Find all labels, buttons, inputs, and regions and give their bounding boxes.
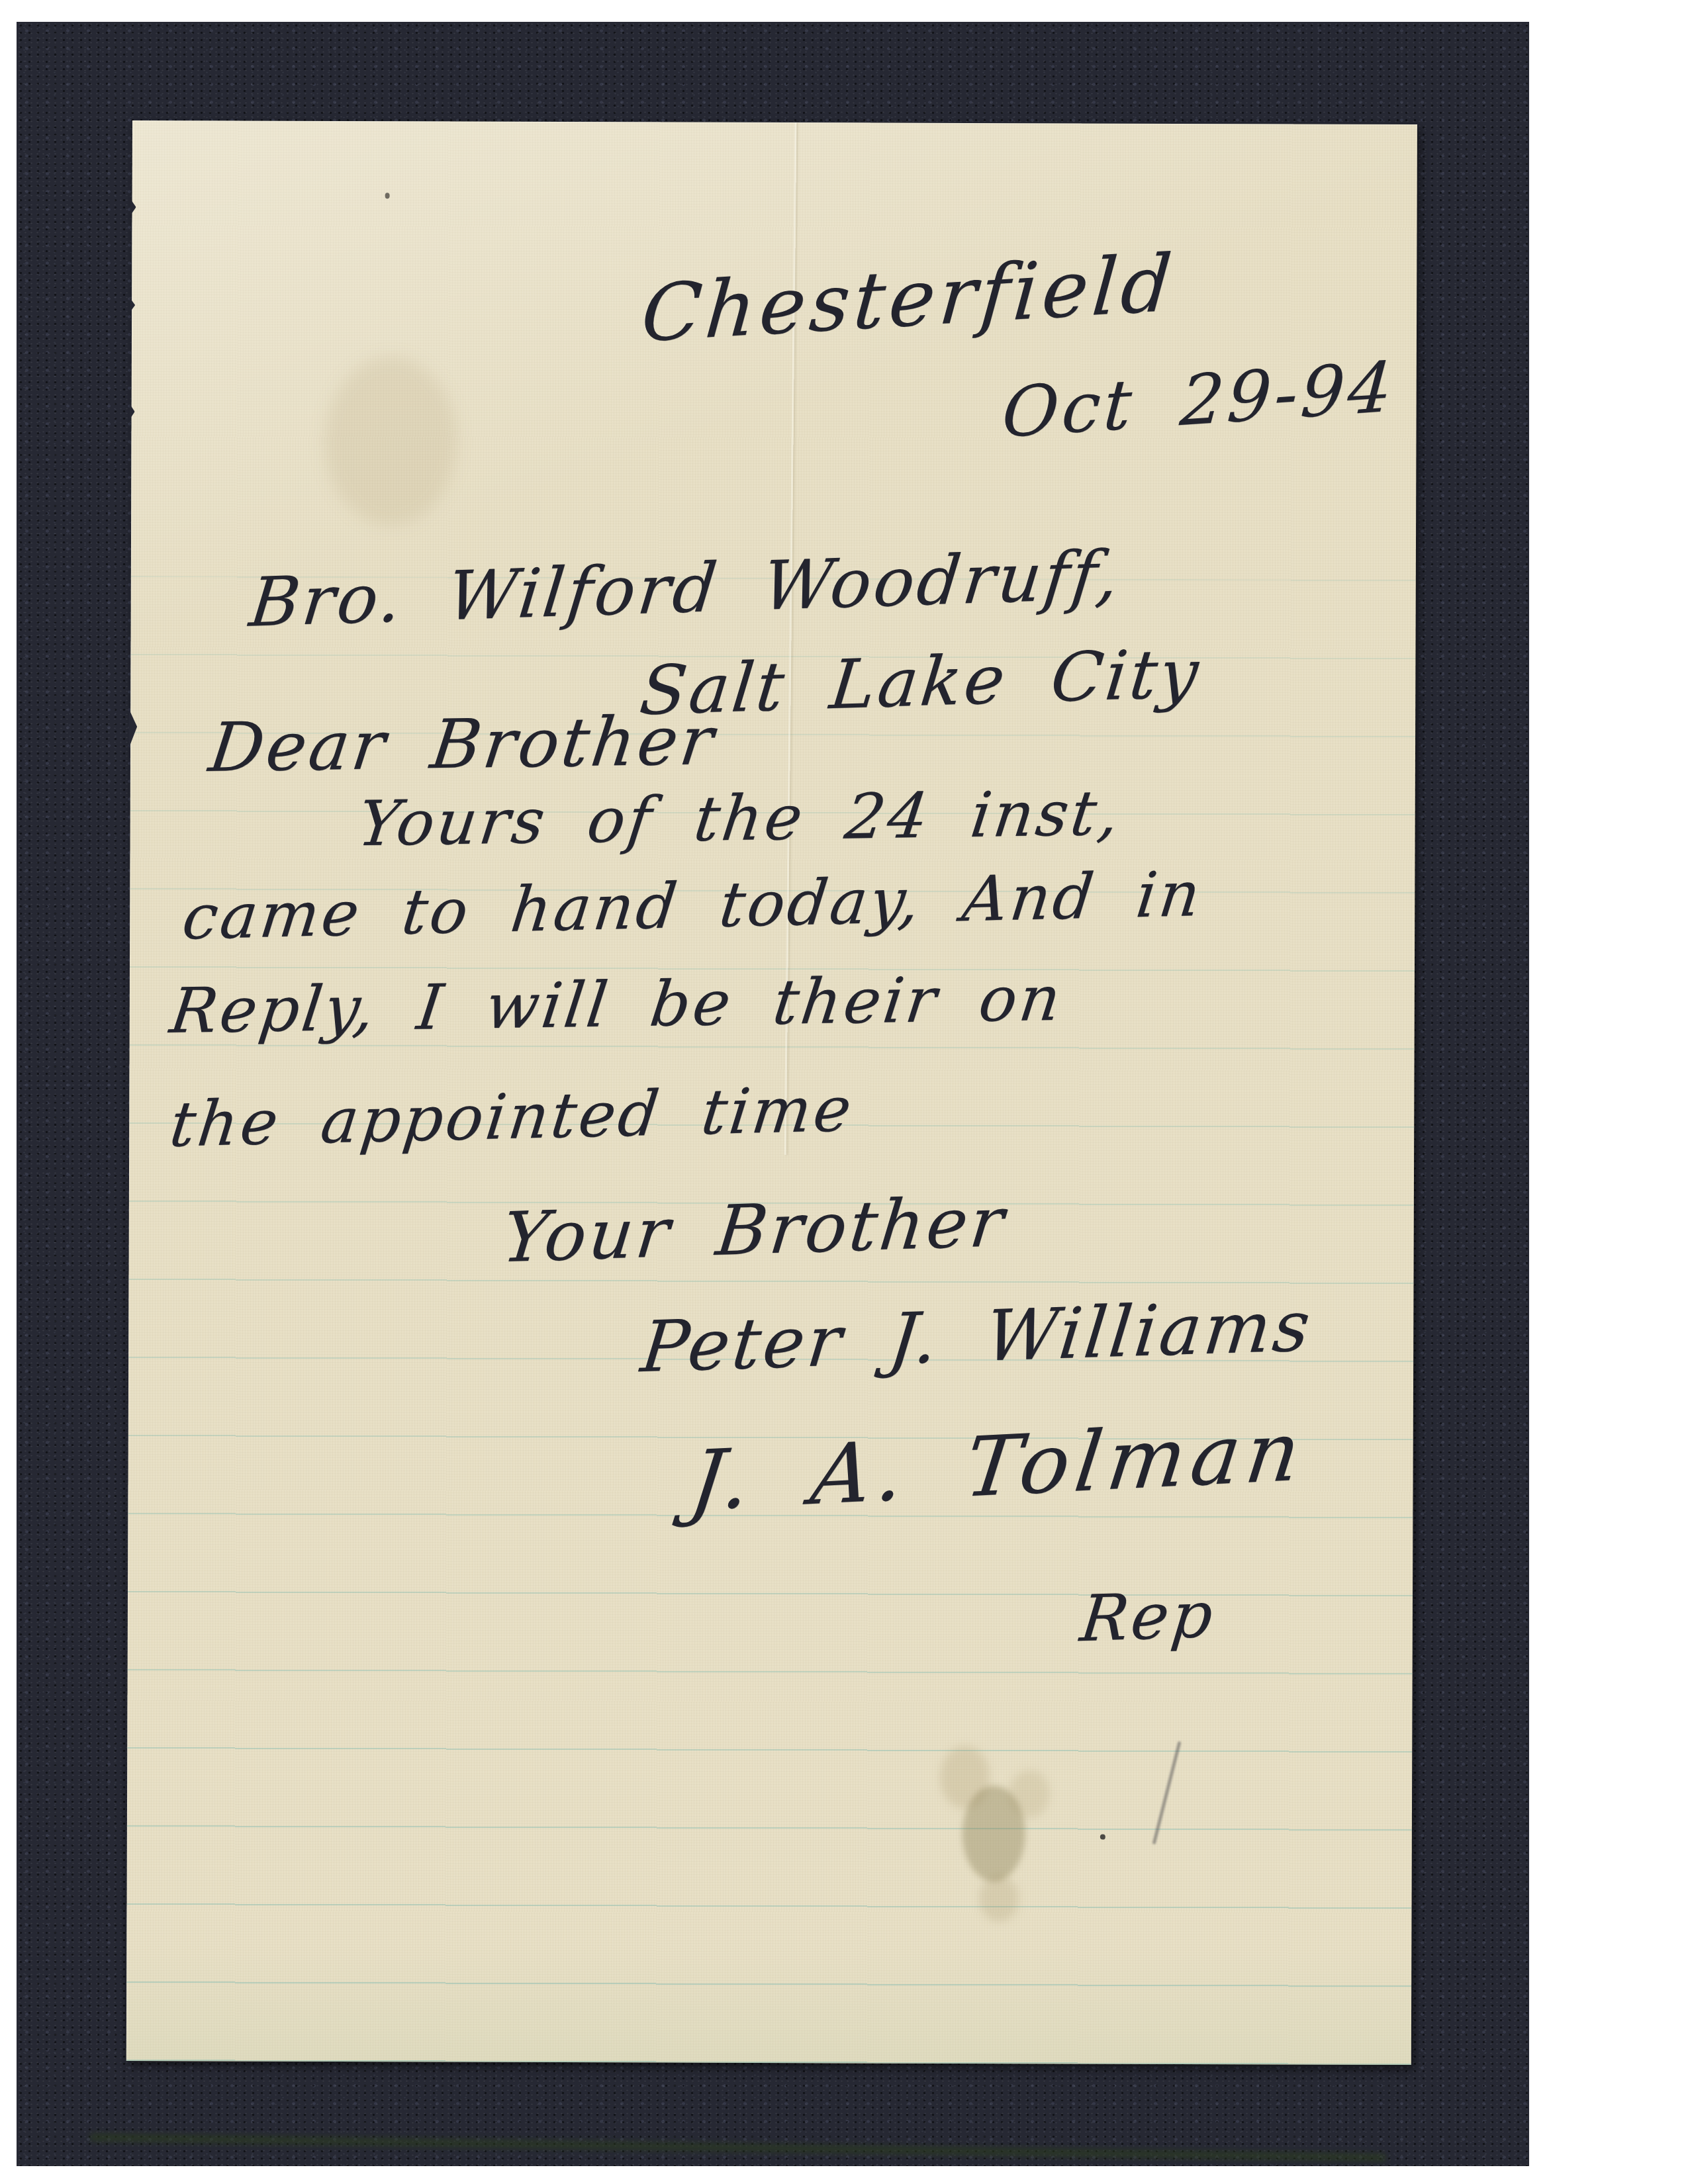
letter-sheet: Chesterfield Oct 29-94 Bro. Wilford Wood… [126, 120, 1417, 2065]
paper-edge-nick [130, 404, 135, 420]
fabric-streak [89, 2133, 1387, 2162]
location-line: Chesterfield [638, 237, 1179, 360]
paper-edge-nick [130, 298, 135, 312]
scanned-letter-photo: { "document": { "kind": "handwritten let… [0, 0, 1688, 2184]
stain [940, 1746, 990, 1809]
paper-edge-nick [130, 199, 136, 216]
body-line: Yours of the 24 inst, [354, 778, 1126, 861]
stain [1009, 1770, 1050, 1817]
salutation-line: Dear Brother [205, 702, 721, 788]
secondary-signature-title: Rep [1077, 1577, 1219, 1656]
ink-speck [385, 193, 390, 199]
date-line: Oct 29-94 [1000, 346, 1398, 453]
stain [324, 357, 457, 526]
ink-speck [1100, 1835, 1105, 1840]
body-line: Reply, I will be their on [166, 963, 1067, 1048]
closing-line: Your Brother [498, 1181, 1010, 1279]
stain [979, 1876, 1019, 1922]
